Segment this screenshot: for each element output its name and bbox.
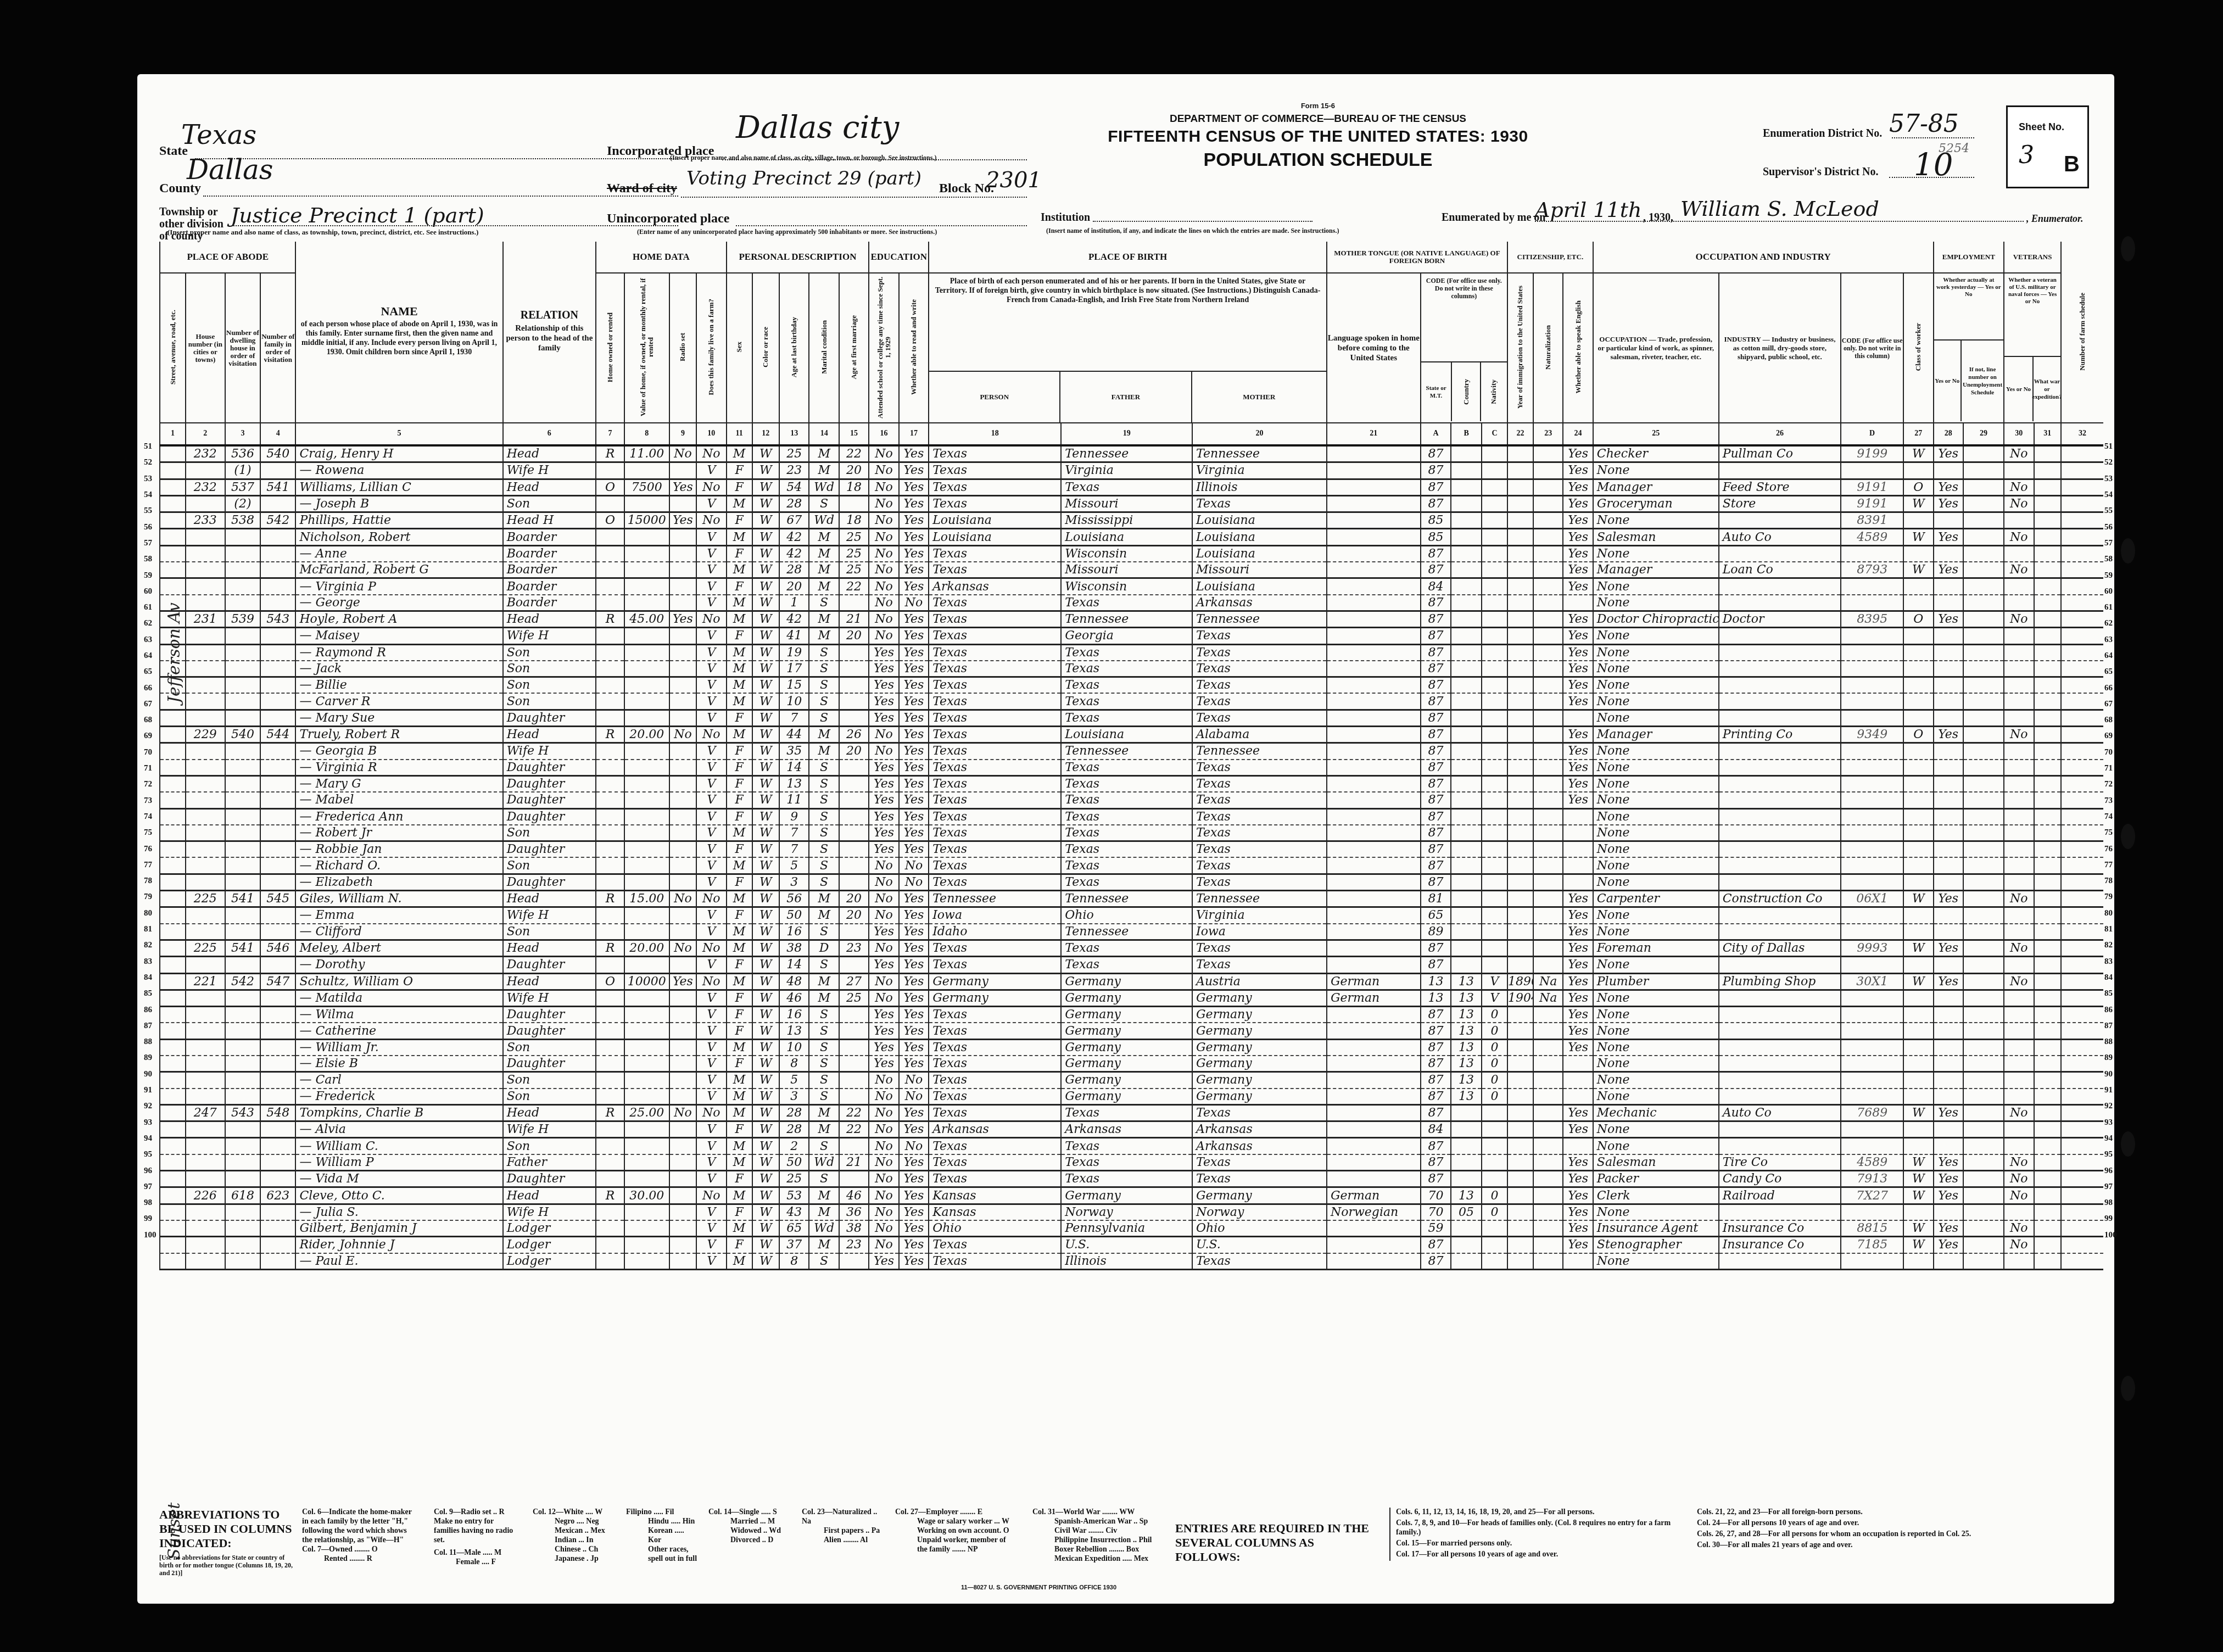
table-row: — Robbie JanDaughterVFW7SYesYesTexasTexa… <box>160 841 2103 858</box>
cell-pob-mother: Texas <box>1192 661 1327 677</box>
cell-immig <box>1507 1121 1533 1138</box>
cell-class: O <box>1903 611 1933 627</box>
cell-industry: Railroad <box>1719 1187 1841 1204</box>
cell-veteran <box>2004 578 2034 595</box>
cell-marital: Wd <box>809 1154 839 1171</box>
cell-name: Meley, Albert <box>295 940 502 956</box>
cell-natur <box>1533 1237 1563 1253</box>
cell-farm: V <box>696 595 726 611</box>
cell-house <box>186 562 225 578</box>
cell-english: Yes <box>1563 693 1593 710</box>
enumerated-year: , 1930, <box>1643 211 1673 224</box>
cell-age: 13 <box>779 1023 809 1039</box>
col7-header: Home owned or rented <box>596 273 624 423</box>
cell-pob-father: Texas <box>1061 808 1192 825</box>
cell-pob-father: Texas <box>1061 661 1192 677</box>
cell-value <box>624 1072 669 1089</box>
cell-natur <box>1533 1023 1563 1039</box>
enumerated-date: April 11th <box>1535 198 1641 222</box>
cell-race: W <box>752 792 779 808</box>
col7-rented: Rented ........ R <box>302 1554 417 1564</box>
cell-farm-sched <box>2061 479 2103 495</box>
line-number: 83 <box>2104 954 2126 970</box>
cell-occupation: None <box>1593 792 1719 808</box>
cell-unemp <box>1963 1007 2004 1023</box>
cell-at-work <box>1934 1056 1963 1072</box>
cell-race: W <box>752 874 779 890</box>
cell-read: Yes <box>899 462 929 479</box>
cell-english: Yes <box>1563 445 1593 462</box>
cell-code-b <box>1451 644 1482 661</box>
cell-marital: M <box>809 743 839 760</box>
cell-race: W <box>752 545 779 562</box>
cell-industry <box>1719 1023 1841 1039</box>
enum-district-line <box>1892 137 1974 138</box>
cell-age-marriage: 25 <box>839 529 869 545</box>
table-row: — Carver RSonVMW10SYesYesTexasTexasTexas… <box>160 693 2103 710</box>
cell-farm-sched <box>2061 677 2103 694</box>
cell-unemp <box>1963 727 2004 743</box>
line-number-column-left: 5152535455565758596061626364656667686970… <box>144 439 166 1243</box>
cell-house <box>186 677 225 694</box>
cell-industry <box>1719 1039 1841 1056</box>
cell-name: Cleve, Otto C. <box>295 1187 502 1204</box>
cell-code-b <box>1451 495 1482 512</box>
cell-family <box>260 628 295 644</box>
cell-code-a: 87 <box>1421 1039 1451 1056</box>
cell-sex: M <box>727 973 752 990</box>
cell-age: 25 <box>779 445 809 462</box>
cell-occupation: Mechanic <box>1593 1104 1719 1121</box>
cell-class: W <box>1903 562 1933 578</box>
cell-immig <box>1507 808 1533 825</box>
table-row: 226618623Cleve, Otto C.HeadR30.00NoMW53M… <box>160 1187 2103 1204</box>
footer-line: Married ... M <box>708 1517 785 1526</box>
cell-code-d <box>1841 462 1903 479</box>
cell-radio <box>669 1007 696 1023</box>
cell-natur <box>1533 1056 1563 1072</box>
cell-pob-father: Germany <box>1061 1023 1192 1039</box>
cell-code-d <box>1841 760 1903 776</box>
cell-farm-sched <box>2061 1072 2103 1089</box>
cell-name: — Dorothy <box>295 957 502 973</box>
cell-age-marriage: 38 <box>839 1220 869 1237</box>
cell-code-c <box>1482 644 1507 661</box>
cell-language <box>1327 857 1421 874</box>
cell-natur <box>1533 907 1563 924</box>
cell-english <box>1563 1072 1593 1089</box>
cell-occupation: Clerk <box>1593 1187 1719 1204</box>
cell-industry <box>1719 808 1841 825</box>
cell-language <box>1327 924 1421 940</box>
cell-veteran <box>2004 462 2034 479</box>
footer-line: Philippine Insurrection .. Phil <box>1032 1536 1153 1545</box>
cell-family <box>260 462 295 479</box>
cell-natur <box>1533 727 1563 743</box>
cell-age-marriage <box>839 808 869 825</box>
cell-unemp <box>1963 578 2004 595</box>
column-number: 12 <box>752 423 779 445</box>
cell-immig <box>1507 445 1533 462</box>
cell-name: Rider, Johnnie J <box>295 1237 502 1253</box>
column-number: 7 <box>596 423 624 445</box>
cell-pob-father: Texas <box>1061 1104 1192 1121</box>
cell-name: — Virginia R <box>295 760 502 776</box>
cell-industry <box>1719 545 1841 562</box>
column-number: 14 <box>809 423 839 445</box>
column-number-row: 123456789101112131415161718192021ABC2223… <box>160 423 2103 445</box>
line-number: 71 <box>144 761 166 777</box>
cell-sex: F <box>727 578 752 595</box>
cell-sex: F <box>727 957 752 973</box>
cell-industry <box>1719 990 1841 1006</box>
cell-marital: M <box>809 562 839 578</box>
cell-veteran: No <box>2004 611 2034 627</box>
cell-sex: M <box>727 677 752 694</box>
cell-name: Giles, William N. <box>295 891 502 907</box>
cell-read: Yes <box>899 1237 929 1253</box>
col16-header: Attended school or college any time sinc… <box>869 273 898 423</box>
cell-pob-father: Ohio <box>1061 907 1192 924</box>
cell-race: W <box>752 924 779 940</box>
cell-code-d <box>1841 1072 1903 1089</box>
cell-language <box>1327 1056 1421 1072</box>
cell-immig <box>1507 760 1533 776</box>
cell-pob-mother: Texas <box>1192 857 1327 874</box>
column-number: 32 <box>2061 423 2103 445</box>
footer-instructions: ABBREVIATIONS TO BE USED IN COLUMNS INDI… <box>159 1508 2103 1595</box>
cell-school: Yes <box>869 1007 898 1023</box>
cell-code-c <box>1482 611 1507 627</box>
cell-code-a: 87 <box>1421 644 1451 661</box>
cell-veteran: No <box>2004 727 2034 743</box>
cell-farm-sched <box>2061 1089 2103 1105</box>
cell-sex: F <box>727 1056 752 1072</box>
cell-pob: Texas <box>929 710 1061 726</box>
cell-code-b <box>1451 693 1482 710</box>
cell-relation: Daughter <box>503 775 596 792</box>
cell-house <box>186 578 225 595</box>
cell-race: W <box>752 1089 779 1105</box>
cell-age: 5 <box>779 1072 809 1089</box>
cell-occupation: None <box>1593 578 1719 595</box>
cell-code-c: 0 <box>1482 1072 1507 1089</box>
cell-marital: S <box>809 595 839 611</box>
cell-code-a: 87 <box>1421 874 1451 890</box>
cell-relation: Daughter <box>503 1023 596 1039</box>
cell-pob: Texas <box>929 445 1061 462</box>
cell-veteran <box>2004 545 2034 562</box>
cell-at-work <box>1934 1039 1963 1056</box>
cell-name: — Mabel <box>295 792 502 808</box>
cell-pob-mother: Germany <box>1192 1007 1327 1023</box>
cell-pob-father: Germany <box>1061 1089 1192 1105</box>
group-education: EDUCATION <box>869 242 929 273</box>
cell-language <box>1327 1089 1421 1105</box>
cell-immig <box>1507 1056 1533 1072</box>
cell-class <box>1903 841 1933 858</box>
cell-age-marriage <box>839 693 869 710</box>
cell-occupation: Insurance Agent <box>1593 1220 1719 1237</box>
cell-language <box>1327 595 1421 611</box>
cell-pob-mother: Tennessee <box>1192 445 1327 462</box>
cell-code-c <box>1482 775 1507 792</box>
group-occupation-industry: OCCUPATION AND INDUSTRY <box>1593 242 1934 273</box>
cell-marital: Wd <box>809 512 839 529</box>
cell-natur <box>1533 611 1563 627</box>
cell-sex: F <box>727 1007 752 1023</box>
cell-code-c <box>1482 1171 1507 1187</box>
cell-language <box>1327 661 1421 677</box>
cell-pob-father: Germany <box>1061 973 1192 990</box>
cell-occupation: Packer <box>1593 1171 1719 1187</box>
cell-code-b <box>1451 857 1482 874</box>
cell-english: Yes <box>1563 1121 1593 1138</box>
cell-read: Yes <box>899 628 929 644</box>
cell-value <box>624 924 669 940</box>
cell-code-d: 06X1 <box>1841 891 1903 907</box>
line-number: 51 <box>2104 439 2126 455</box>
cell-war <box>2034 595 2061 611</box>
footer-line: Japanese . Jp <box>533 1554 615 1564</box>
line-number: 88 <box>144 1034 166 1050</box>
cell-class <box>1903 710 1933 726</box>
cell-age: 38 <box>779 940 809 956</box>
cell-dwelling: 541 <box>225 940 260 956</box>
cell-at-work <box>1934 710 1963 726</box>
cell-at-work: Yes <box>1934 1104 1963 1121</box>
cell-english <box>1563 808 1593 825</box>
cell-industry <box>1719 743 1841 760</box>
col11-header: Sex <box>727 273 752 423</box>
cell-farm: V <box>696 495 726 512</box>
line-number: 98 <box>144 1195 166 1211</box>
cell-dwelling <box>225 924 260 940</box>
cell-owned <box>596 661 624 677</box>
cell-unemp <box>1963 644 2004 661</box>
footer-line: Boxer Rebellion ........ Box <box>1032 1545 1153 1554</box>
cell-marital: S <box>809 1138 839 1154</box>
cell-code-a: 87 <box>1421 1138 1451 1154</box>
line-number: 74 <box>144 809 166 825</box>
cell-pob: Texas <box>929 611 1061 627</box>
cell-house <box>186 1237 225 1253</box>
cell-immig <box>1507 495 1533 512</box>
cell-pob: Texas <box>929 1154 1061 1171</box>
cell-farm: V <box>696 529 726 545</box>
cell-pob-father: Texas <box>1061 957 1192 973</box>
cell-pob: Idaho <box>929 924 1061 940</box>
line-number: 56 <box>2104 519 2126 535</box>
cell-code-c <box>1482 825 1507 841</box>
cell-family <box>260 710 295 726</box>
cell-radio: No <box>669 1104 696 1121</box>
cell-occupation: None <box>1593 957 1719 973</box>
cell-radio <box>669 907 696 924</box>
cell-school: Yes <box>869 841 898 858</box>
cell-pob-mother: Tennessee <box>1192 743 1327 760</box>
cell-school: No <box>869 940 898 956</box>
cell-age-marriage <box>839 760 869 776</box>
cell-code-a: 87 <box>1421 677 1451 694</box>
cell-race: W <box>752 462 779 479</box>
line-number: 97 <box>2104 1179 2126 1195</box>
line-number: 63 <box>2104 632 2126 648</box>
cell-occupation: None <box>1593 512 1719 529</box>
cell-natur <box>1533 1039 1563 1056</box>
cell-code-b <box>1451 760 1482 776</box>
cell-natur <box>1533 743 1563 760</box>
line-number: 62 <box>144 616 166 632</box>
group-place-of-birth: PLACE OF BIRTH <box>929 242 1327 273</box>
table-row: — Mary SueDaughterVFW7SYesYesTexasTexasT… <box>160 710 2103 726</box>
cell-age: 16 <box>779 924 809 940</box>
cell-pob-mother: Texas <box>1192 1104 1327 1121</box>
cell-pob-mother: Texas <box>1192 677 1327 694</box>
cell-class <box>1903 693 1933 710</box>
cell-occupation: None <box>1593 1023 1719 1039</box>
cell-code-d: 8793 <box>1841 562 1903 578</box>
col9-col11-block: Col. 9—Radio set .. R Make no entry for … <box>434 1508 516 1567</box>
cell-war <box>2034 1056 2061 1072</box>
cell-occupation: Foreman <box>1593 940 1719 956</box>
cell-farm-sched <box>2061 907 2103 924</box>
cell-radio <box>669 924 696 940</box>
cell-sex: F <box>727 1023 752 1039</box>
cell-at-work <box>1934 677 1963 694</box>
cell-code-b <box>1451 891 1482 907</box>
cell-immig <box>1507 661 1533 677</box>
cell-code-d: 8815 <box>1841 1220 1903 1237</box>
cell-language <box>1327 1007 1421 1023</box>
cell-family <box>260 792 295 808</box>
cell-farm-sched <box>2061 1204 2103 1220</box>
cell-pob: Texas <box>929 743 1061 760</box>
table-row: — Julia S.Wife HVFW43M36NoYesKansasNorwa… <box>160 1204 2103 1220</box>
footer-line: Widowed .. Wd <box>708 1526 785 1536</box>
cell-code-c <box>1482 562 1507 578</box>
col26-header: INDUSTRY — Industry or business, as cott… <box>1719 273 1841 423</box>
col9-header: Radio set <box>669 273 696 423</box>
cell-farm: V <box>696 775 726 792</box>
cell-at-work <box>1934 792 1963 808</box>
cell-age: 1 <box>779 595 809 611</box>
cell-read: Yes <box>899 578 929 595</box>
cell-pob: Texas <box>929 661 1061 677</box>
cell-occupation: None <box>1593 1138 1719 1154</box>
cell-farm: V <box>696 1121 726 1138</box>
cell-at-work <box>1934 924 1963 940</box>
cell-dwelling <box>225 1007 260 1023</box>
cell-dwelling <box>225 857 260 874</box>
cell-english: Yes <box>1563 1220 1593 1237</box>
cell-marital: S <box>809 957 839 973</box>
cell-natur <box>1533 1187 1563 1204</box>
cell-code-b <box>1451 957 1482 973</box>
table-row: (1)— RowenaWife HVFW23M20NoYesTexasVirgi… <box>160 462 2103 479</box>
cell-english: Yes <box>1563 1237 1593 1253</box>
cell-age: 20 <box>779 578 809 595</box>
cell-marital: S <box>809 1089 839 1105</box>
cell-name: — Mary Sue <box>295 710 502 726</box>
cell-code-b <box>1451 710 1482 726</box>
cell-value <box>624 677 669 694</box>
cell-industry <box>1719 644 1841 661</box>
cell-industry <box>1719 924 1841 940</box>
cell-house: 225 <box>186 891 225 907</box>
cell-age-marriage <box>839 792 869 808</box>
column-number: 22 <box>1507 423 1533 445</box>
cell-farm-sched <box>2061 1056 2103 1072</box>
cell-read: Yes <box>899 661 929 677</box>
cell-code-c <box>1482 445 1507 462</box>
cell-owned: R <box>596 1187 624 1204</box>
cell-at-work <box>1934 1204 1963 1220</box>
table-row: — GeorgeBoarderVMW1SNoNoTexasTexasArkans… <box>160 595 2103 611</box>
cell-code-b <box>1451 545 1482 562</box>
line-number: 93 <box>2104 1114 2126 1130</box>
cell-age: 16 <box>779 1007 809 1023</box>
group-mother-tongue: MOTHER TONGUE (OR NATIVE LANGUAGE) OF FO… <box>1327 242 1507 273</box>
cell-value <box>624 644 669 661</box>
scan-border-top <box>0 0 2223 74</box>
cell-relation: Wife H <box>503 462 596 479</box>
cell-industry <box>1719 825 1841 841</box>
cell-farm: V <box>696 1171 726 1187</box>
cell-relation: Wife H <box>503 1204 596 1220</box>
cell-veteran: No <box>2004 891 2034 907</box>
cell-age: 8 <box>779 1253 809 1270</box>
cell-school: No <box>869 1220 898 1237</box>
cell-relation: Son <box>503 495 596 512</box>
cell-owned <box>596 990 624 1006</box>
cell-age: 53 <box>779 1187 809 1204</box>
cell-natur <box>1533 1104 1563 1121</box>
cell-farm-sched <box>2061 891 2103 907</box>
col19-header: FATHER <box>1060 372 1192 422</box>
cell-read: Yes <box>899 1154 929 1171</box>
cell-code-b <box>1451 1121 1482 1138</box>
cell-english: Yes <box>1563 775 1593 792</box>
cell-english <box>1563 1056 1593 1072</box>
cell-war <box>2034 1072 2061 1089</box>
cell-house <box>186 1154 225 1171</box>
cell-occupation: None <box>1593 924 1719 940</box>
cell-read: No <box>899 1138 929 1154</box>
group-citizenship: CITIZENSHIP, ETC. <box>1507 242 1593 273</box>
line-number: 94 <box>144 1131 166 1147</box>
cell-pob-mother: Louisiana <box>1192 529 1327 545</box>
footer-line: Indian ... In <box>533 1536 615 1545</box>
cell-language <box>1327 825 1421 841</box>
sheet-value: 3 <box>2019 141 2034 169</box>
cell-class: W <box>1903 495 1933 512</box>
cell-language: Norwegian <box>1327 1204 1421 1220</box>
cell-war <box>2034 940 2061 956</box>
cell-code-a: 87 <box>1421 1253 1451 1270</box>
cell-english <box>1563 1138 1593 1154</box>
cell-radio <box>669 1171 696 1187</box>
cell-war <box>2034 445 2061 462</box>
cell-natur <box>1533 479 1563 495</box>
table-row: — Georgia BWife HVFW35M20NoYesTexasTenne… <box>160 743 2103 760</box>
cell-pob-mother: Germany <box>1192 1056 1327 1072</box>
employment-subheader: Whether actually at work yesterday — Yes… <box>1934 273 2004 423</box>
cell-pob-father: Arkansas <box>1061 1121 1192 1138</box>
cell-code-c <box>1482 874 1507 890</box>
cell-immig <box>1507 693 1533 710</box>
cell-owned: R <box>596 940 624 956</box>
